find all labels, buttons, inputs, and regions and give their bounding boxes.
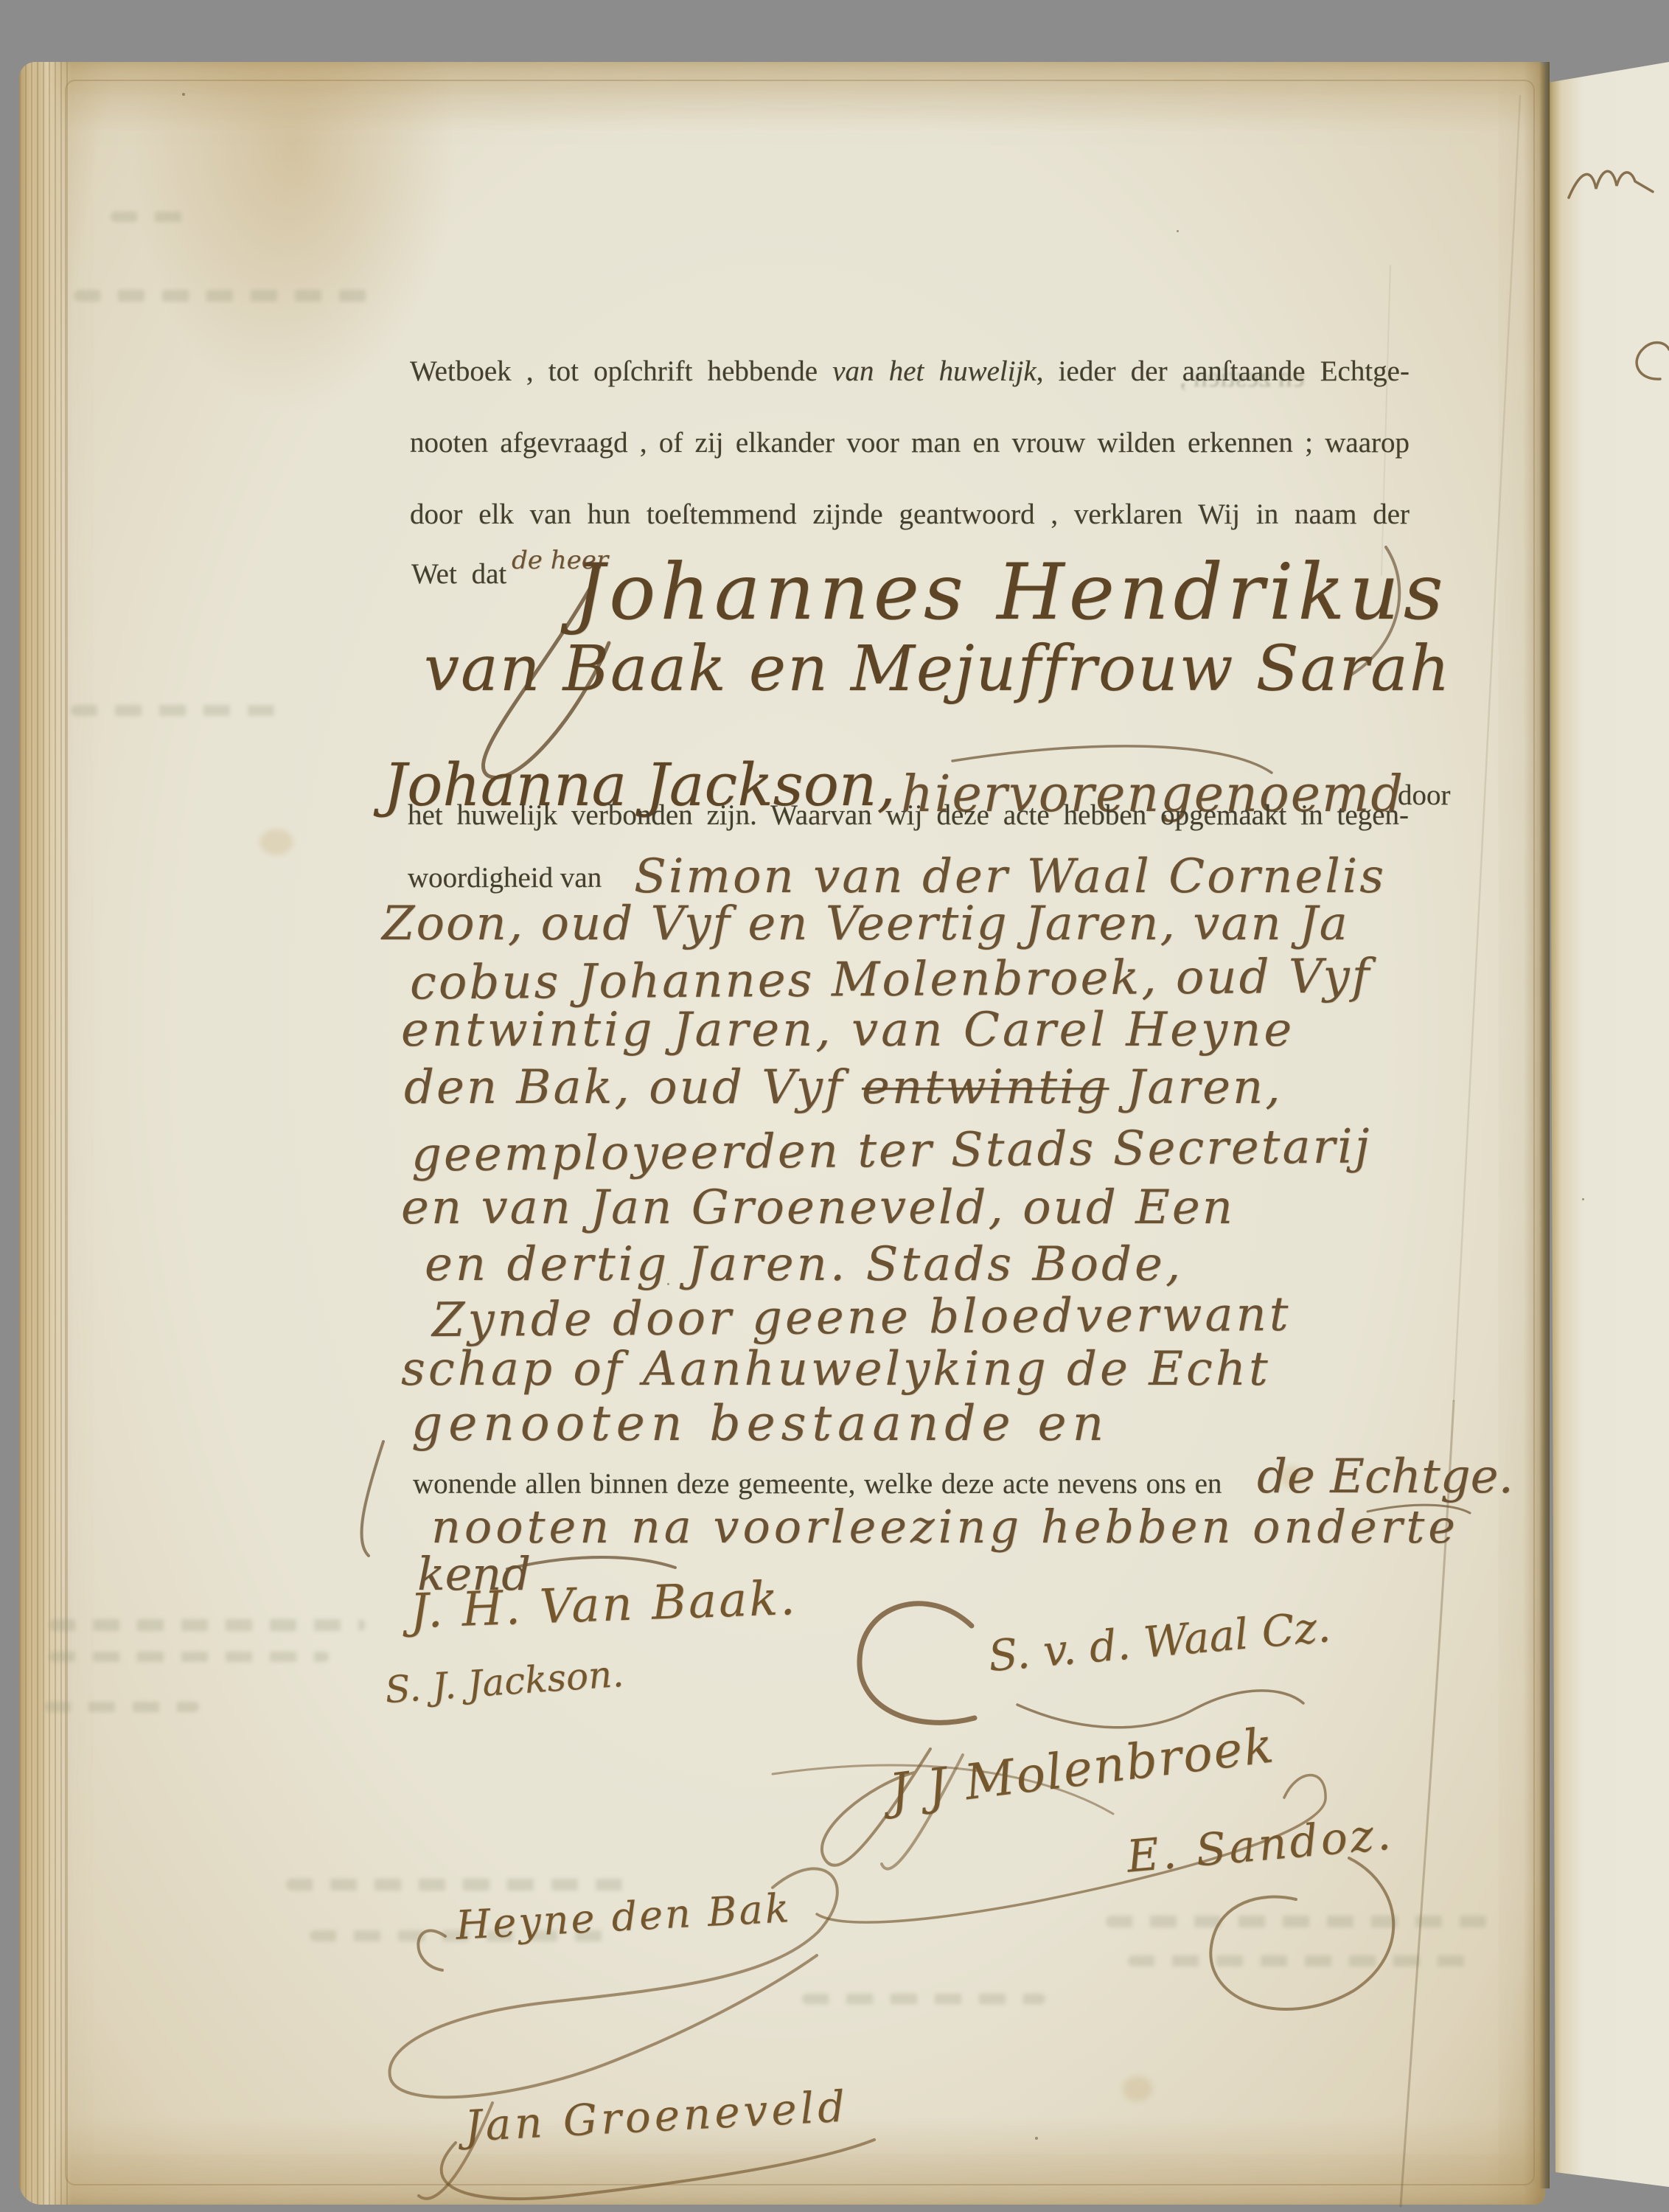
printed-line-1-post: , ieder der aanſtaande Echtge- [1036,355,1410,387]
bleedthrough-smudge [802,1994,1045,2004]
foxing-spot [259,829,293,855]
bleedthrough-smudge [74,290,383,302]
bleedthrough-smudge [49,1652,329,1662]
hand-witness-line-8: en dertig Jaren. Stads Bode, [425,1237,1183,1292]
hand-witness-line-2: Zoon, oud Vyf en Veertig Jaren, van Ja [382,897,1349,951]
dust-speck [182,93,185,96]
printed-line-1-pre: Wetboek , tot opſchrift hebbende [410,355,832,387]
hand-witness-line-1: Simon van der Waal Cornelis [634,849,1386,904]
bleedthrough-smudge [1128,1955,1474,1966]
printed-woordigheid-van: woordigheid van [408,861,602,894]
hand-witness-line-5: den Bak, oud Vyf entwintig Jaren, [404,1060,1283,1115]
hand-witness-line-3: cobus Johannes Molenbroek, oud Vyf [410,949,1372,1010]
bleedthrough-smudge [286,1879,633,1891]
foxing-spot [1123,2076,1152,2101]
printed-line-7: het huwelijk verbonden zijn. Waarvan wij… [408,801,1409,829]
bleedthrough-smudge [44,1702,199,1712]
hand-witness-line-5-pre: den Bak, oud Vyf [404,1060,862,1115]
bleedthrough-smudge [49,1619,366,1631]
bleedthrough-smudge [71,705,292,716]
scanned-book-photo: en zestien , [0,0,1669,2212]
printed-line-3: door elk van hun toeſtemmend zijnde gean… [410,500,1410,529]
hand-witness-line-7: en van Jan Groeneveld, oud Een [401,1180,1235,1235]
adjacent-page-sliver [1548,60,1669,2187]
hand-witness-line-11: genooten bestaande en [411,1395,1109,1452]
dust-speck [1582,1198,1584,1200]
hand-witness-line-9: Zynde door geene bloedverwant [432,1287,1292,1348]
hand-witness-line-6: geemployeerden ter Stads Secretarij [411,1119,1372,1182]
hand-witness-line-5-post: Jaren, [1109,1060,1282,1115]
book-gutter-shadow [1539,62,1550,2188]
hand-witness-line-10: schap of Aanhuwelyking de Echt [401,1342,1271,1397]
hand-closing-line-1: nooten na voorleezing hebben onderte [431,1500,1459,1554]
hand-struck-word: entwintig [862,1060,1109,1115]
printed-line-1: Wetboek , tot opſchrift hebbende van het… [410,357,1410,386]
printed-wet-dat: Wet dat [411,557,506,591]
bleedthrough-smudge [111,212,184,222]
printed-line-2: nooten afgevraagd , of zij elkander voor… [410,428,1410,457]
hand-witness-line-4: entwintig Jaren, van Carel Heyne [401,1003,1295,1057]
hand-de-echtge: de Echtge. [1257,1450,1513,1504]
dust-speck [1035,2137,1038,2140]
bleedthrough-smudge [1106,1916,1489,1927]
printed-line-19: wonende allen binnen deze gemeente, welk… [413,1467,1222,1500]
hand-groom-name-line2: van Baak en Mejuffrouw Sarah [424,633,1452,706]
dust-speck [1177,230,1179,232]
hand-groom-name-line1: Johannes Hendrikus [574,547,1448,637]
printed-line-1-italic: van het huwelijk [832,355,1036,387]
